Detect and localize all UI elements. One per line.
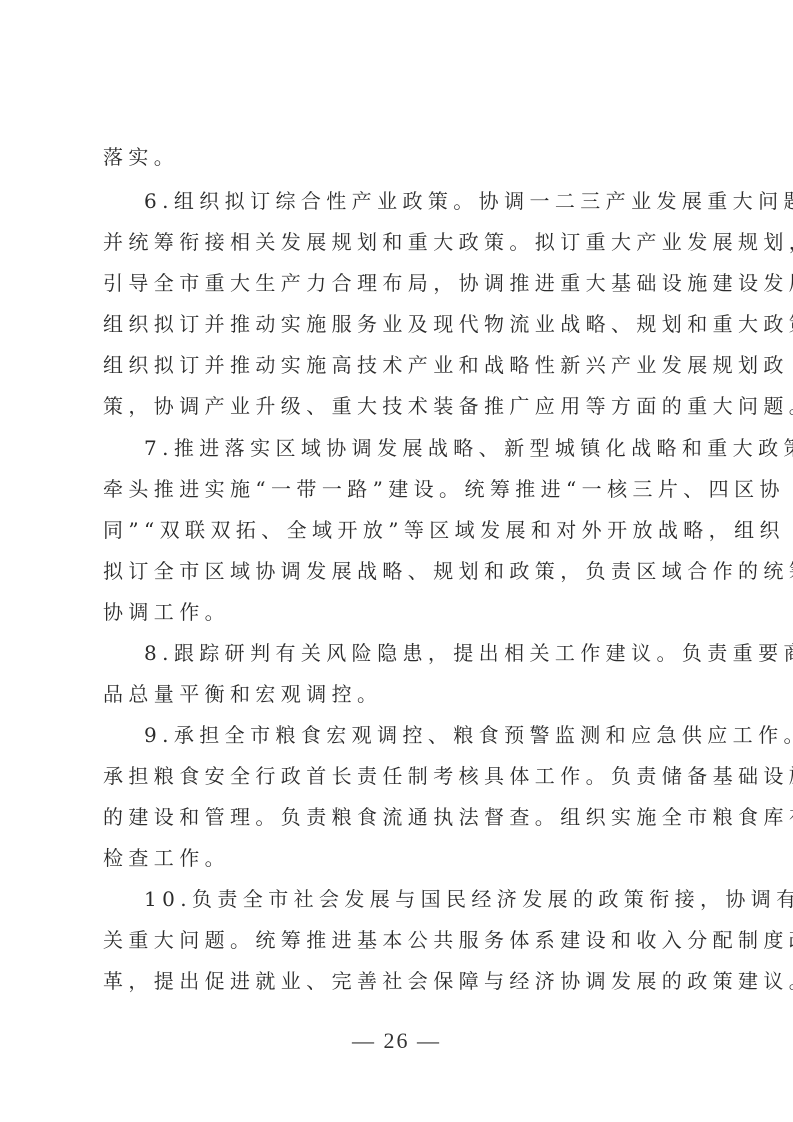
text-line: 革，提出促进就业、完善社会保障与经济协调发展的政策建议。	[103, 966, 703, 996]
text-line: 并统筹衔接相关发展规划和重大政策。拟订重大产业发展规划，	[103, 227, 703, 257]
text-line: 检查工作。	[103, 843, 703, 873]
text-line: 组织拟订并推动实施服务业及现代物流业战略、规划和重大政策。	[103, 309, 703, 339]
text-line: 拟订全市区域协调发展战略、规划和政策，负责区域合作的统筹	[103, 556, 703, 586]
text-line: 引导全市重大生产力合理布局，协调推进重大基础设施建设发展，	[103, 268, 703, 298]
text-line: 6.组织拟订综合性产业政策。协调一二三产业发展重大问题	[144, 186, 744, 216]
text-line: 承担粮食安全行政首长责任制考核具体工作。负责储备基础设施	[103, 761, 703, 791]
text-line: 9.承担全市粮食宏观调控、粮食预警监测和应急供应工作。	[144, 720, 744, 750]
text-line: 7.推进落实区域协调发展战略、新型城镇化战略和重大政策，	[144, 433, 744, 463]
text-line: 同”“双联双拓、全域开放”等区域发展和对外开放战略，组织	[103, 515, 703, 545]
text-line: 落实。	[103, 142, 703, 172]
page-number: — 26 —	[0, 1028, 793, 1054]
text-line: 8.跟踪研判有关风险隐患，提出相关工作建议。负责重要商	[144, 638, 744, 668]
text-line: 10.负责全市社会发展与国民经济发展的政策衔接，协调有	[144, 884, 744, 914]
text-line: 关重大问题。统筹推进基本公共服务体系建设和收入分配制度改	[103, 925, 703, 955]
text-line: 策，协调产业升级、重大技术装备推广应用等方面的重大问题。	[103, 391, 703, 421]
text-line: 组织拟订并推动实施高技术产业和战略性新兴产业发展规划政	[103, 350, 703, 380]
text-line: 协调工作。	[103, 597, 703, 627]
text-line: 品总量平衡和宏观调控。	[103, 679, 703, 709]
text-line: 牵头推进实施“一带一路”建设。统筹推进“一核三片、四区协	[103, 474, 703, 504]
document-page: 落实。 6.组织拟订综合性产业政策。协调一二三产业发展重大问题 并统筹衔接相关发…	[0, 0, 793, 1122]
text-line: 的建设和管理。负责粮食流通执法督查。组织实施全市粮食库存	[103, 802, 703, 832]
